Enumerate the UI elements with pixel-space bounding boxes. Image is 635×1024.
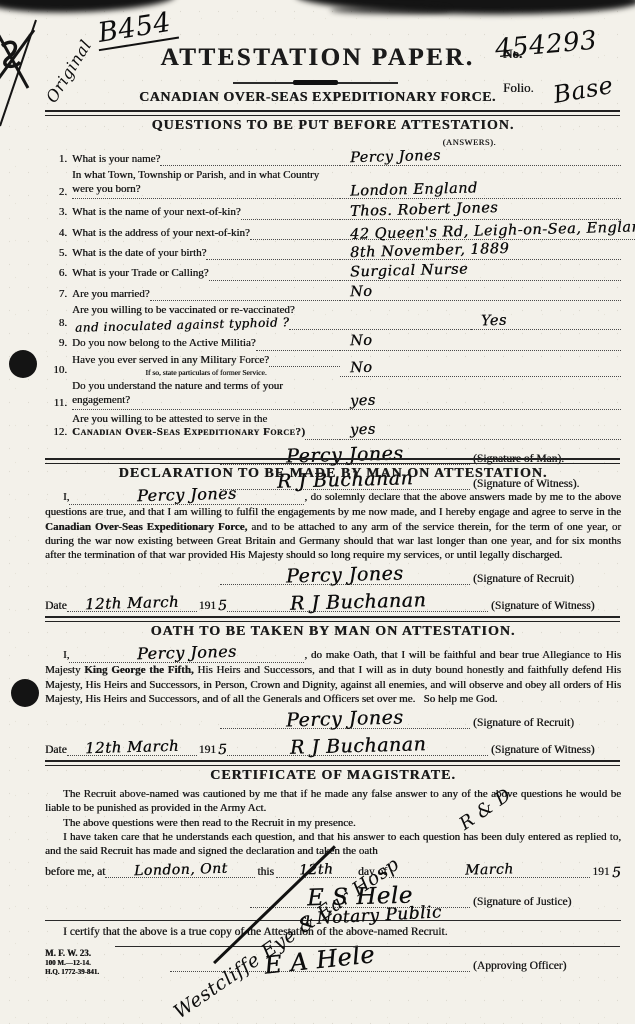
answer-cell: No (340, 333, 621, 350)
question-number: 4. (45, 227, 72, 240)
signature-of-witness-label: (Signature of Witness) (488, 744, 621, 756)
question-text: Are you willing to be attested to serve … (72, 413, 267, 426)
question-row: 5. What is the date of your birth? 8th N… (45, 243, 621, 260)
declaration-heading: DECLARATION TO BE MADE BY MAN ON ATTESTA… (45, 466, 621, 482)
handwritten-year-digit: 5 (611, 865, 621, 881)
question-number: 10. (45, 364, 72, 377)
year-printed: 191 (197, 744, 218, 756)
signature-of-justice-label: (Signature of Justice) (470, 896, 621, 908)
folio-label: Folio. (503, 80, 534, 96)
certificate-section: CERTIFICATE OF MAGISTRATE. The Recruit a… (45, 768, 621, 972)
year-printed: 191 (197, 600, 218, 612)
question-footnote: If so, state particulars of former Servi… (72, 368, 340, 377)
certificate-heading: CERTIFICATE OF MAGISTRATE. (45, 768, 621, 784)
question-text-smallcaps: Canadian Over-Seas Expeditionary Force?) (72, 426, 305, 439)
oath-date-row: Date 12th March 1915 R J Buchanan (Signa… (45, 735, 621, 756)
dotted-leader (250, 237, 340, 240)
handwritten-oath-name: Percy Jones (137, 642, 237, 665)
question-row: 10. Have you ever served in any Military… (45, 354, 621, 378)
dotted-leader (160, 163, 340, 166)
approving-officer-label: (Approving Officer) (470, 960, 621, 972)
signature-of-recruit-row: Percy Jones (Signature of Recruit) (45, 564, 621, 585)
date-label: Date (45, 600, 67, 612)
question-cell: What is your Trade or Calling? (72, 267, 340, 280)
declaration-body-bold: Canadian Over-Seas Expeditionary Force, (45, 521, 247, 533)
question-row: 11. Do you understand the nature and ter… (45, 380, 621, 410)
answer-cell: Surgical Nurse (340, 263, 621, 280)
handwritten-answer: Yes (481, 313, 507, 331)
question-cell: Are you willing to be vaccinated or re-v… (72, 304, 471, 330)
handwritten-answer: No (350, 284, 373, 302)
question-number: 3. (45, 206, 72, 219)
question-cell: Have you ever served in any Military For… (72, 354, 340, 378)
dotted-leader (241, 217, 340, 220)
answer-cell: London England (340, 182, 621, 199)
answers-label: (ANSWERS). (45, 137, 621, 147)
answer-cell: No (340, 360, 621, 377)
oath-paragraph: I,Percy Jones, do make Oath, that I will… (45, 643, 621, 706)
dotted-leader (209, 278, 340, 281)
section-rule (45, 760, 620, 766)
date-label: Date (45, 744, 67, 756)
place-fill-line: London, Ont (105, 862, 255, 878)
scan-smudge (330, 6, 450, 14)
question-text: Do you understand the nature and terms o… (72, 380, 340, 407)
answer-cell: Percy Jones (340, 149, 621, 166)
question-text: What is the address of your next-of-kin? (72, 227, 250, 240)
declaration-paragraph: I,Percy Jones, do solemnly declare that … (45, 485, 621, 562)
answer-cell: yes (340, 393, 621, 410)
section-rule (45, 458, 620, 464)
this-label: this (255, 866, 276, 878)
signature-of-recruit-label: (Signature of Recruit) (470, 573, 621, 585)
footer-rule (115, 946, 620, 947)
handwritten-answer: No (350, 333, 373, 351)
form-ref-line: 100 M.—12-14. (45, 959, 99, 968)
handwritten-answer: Percy Jones (350, 148, 441, 168)
question-cell: What is the date of your birth? (72, 247, 340, 260)
question-cell: Do you understand the nature and terms o… (72, 380, 340, 410)
question-number: 12. (45, 426, 72, 439)
witness-sig-line: R J Buchanan (227, 735, 488, 756)
handwritten-year-digit: 5 (218, 742, 228, 758)
answer-cell: Thos. Robert Jones (340, 202, 621, 219)
question-text: In what Town, Township or Parish, and in… (72, 169, 340, 196)
question-row: 2. In what Town, Township or Parish, and… (45, 169, 621, 199)
answer-cell: 8th November, 1889 (340, 243, 621, 260)
date-fill-line: 12th March (67, 738, 197, 756)
question-row: 6. What is your Trade or Calling? Surgic… (45, 263, 621, 280)
question-row: 4. What is the address of your next-of-k… (45, 223, 621, 240)
handwritten-date: 12th March (84, 737, 179, 757)
dotted-leader (256, 348, 340, 351)
question-row: 7. Are you married? No (45, 284, 621, 301)
name-fill-line: Percy Jones (69, 485, 304, 505)
question-cell: What is the address of your next-of-kin? (72, 227, 340, 240)
approving-officer-row: E A Hele (Approving Officer) (45, 946, 621, 972)
question-text: What is your Trade or Calling? (72, 267, 209, 280)
question-number: 7. (45, 288, 72, 301)
question-number: 1. (45, 153, 72, 166)
force-subtitle: CANADIAN OVER-SEAS EXPEDITIONARY FORCE. (0, 90, 635, 106)
dotted-leader (72, 196, 340, 199)
oath-body-bold: King George the Fifth, (84, 664, 193, 676)
declaration-section: DECLARATION TO BE MADE BY MAN ON ATTESTA… (45, 466, 621, 612)
question-number: 9. (45, 337, 72, 350)
handwritten-signature-recruit: Percy Jones (286, 707, 404, 732)
question-row: 3. What is the name of your next-of-kin?… (45, 202, 621, 219)
question-text: What is your name? (72, 153, 160, 166)
question-cell: In what Town, Township or Parish, and in… (72, 169, 340, 199)
answer-cell: No (340, 284, 621, 301)
question-row: 12. Are you willing to be attested to se… (45, 413, 621, 440)
signature-of-recruit-label: (Signature of Recruit) (470, 717, 621, 729)
questions-section: QUESTIONS TO BE PUT BEFORE ATTESTATION. … (45, 118, 621, 490)
form-reference-block: M. F. W. 23. 100 M.—12-14. H.Q. 1772-39-… (45, 948, 99, 977)
question-number: 8. (45, 317, 72, 330)
certificate-p1: The Recruit above-named was cautioned by… (45, 787, 621, 816)
form-ref-line: M. F. W. 23. (45, 948, 99, 959)
handwritten-answer: London England (350, 180, 478, 201)
before-me-row: before me, at London, Ont this 12th day … (45, 862, 621, 878)
handwritten-month: March (465, 862, 514, 879)
handwritten-answer: yes (350, 392, 376, 410)
dotted-leader (269, 364, 340, 367)
question-cell: Do you now belong to the Active Militia? (72, 337, 340, 350)
year-printed: 191 (590, 866, 611, 878)
signature-line: Percy Jones (220, 564, 470, 585)
before-me-label: before me, at (45, 866, 105, 878)
certificate-p2: The above questions were then read to th… (45, 816, 621, 830)
dotted-leader (150, 298, 340, 301)
question-cell: What is the name of your next-of-kin? (72, 206, 340, 219)
question-number: 11. (45, 397, 72, 410)
handwritten-answer: Surgical Nurse (350, 262, 469, 283)
dotted-leader (72, 407, 340, 410)
date-fill-line: 12th March (67, 594, 197, 612)
handwritten-signature-witness: R J Buchanan (289, 733, 426, 759)
question-cell: Are you married? (72, 288, 340, 301)
questions-heading: QUESTIONS TO BE PUT BEFORE ATTESTATION. (45, 118, 621, 134)
witness-sig-line: R J Buchanan (227, 591, 488, 612)
handwritten-answer: yes (350, 422, 376, 440)
answer-cell: 42 Queen's Rd, Leigh-on-Sea, England (340, 223, 635, 240)
signature-of-recruit-row: Percy Jones (Signature of Recruit) (45, 708, 621, 729)
answer-cell: Yes (471, 313, 621, 330)
punch-hole (9, 350, 37, 378)
oath-section: OATH TO BE TAKEN BY MAN ON ATTESTATION. … (45, 624, 621, 756)
handwritten-date: 12th March (84, 593, 179, 613)
section-rule (45, 616, 620, 622)
handwritten-declarant-name: Percy Jones (137, 484, 237, 507)
title-rule-center (293, 80, 338, 85)
handwritten-answer: 8th November, 1889 (350, 241, 510, 263)
question-text: What is the date of your birth? (72, 247, 206, 260)
question-number: 6. (45, 267, 72, 280)
question-text: Do you now belong to the Active Militia? (72, 337, 256, 350)
header-rule (45, 110, 620, 116)
question-number: 5. (45, 247, 72, 260)
form-ref-line: H.Q. 1772-39-841. (45, 968, 99, 977)
handwritten-question-insert: and inoculated against typhoid ? (75, 315, 290, 335)
handwritten-answer: Thos. Robert Jones (350, 200, 499, 222)
question-row: 8. Are you willing to be vaccinated or r… (45, 304, 621, 330)
handwritten-answer: No (350, 360, 373, 378)
handwritten-place: London, Ont (133, 861, 227, 879)
handwritten-signature-recruit: Percy Jones (286, 563, 404, 588)
question-text: Are you married? (72, 288, 150, 301)
question-row: 1. What is your name? Percy Jones (45, 149, 621, 166)
punch-hole (11, 679, 39, 707)
dotted-leader (305, 437, 340, 440)
declaration-date-row: Date 12th March 1915 R J Buchanan (Signa… (45, 591, 621, 612)
question-cell: Are you willing to be attested to serve … (72, 413, 340, 440)
handwritten-year-digit: 5 (218, 598, 228, 614)
question-text: Have you ever served in any Military For… (72, 354, 269, 367)
question-number: 2. (45, 186, 72, 199)
dotted-leader (289, 327, 471, 330)
question-cell: What is your name? (72, 153, 340, 166)
question-row: 9. Do you now belong to the Active Milit… (45, 333, 621, 350)
dotted-leader (206, 257, 340, 260)
handwritten-signature-witness: R J Buchanan (289, 590, 426, 616)
answer-cell: yes (340, 422, 621, 439)
signature-line: Percy Jones (220, 708, 470, 729)
name-fill-line: Percy Jones (69, 643, 304, 663)
attestation-paper-scan: B454 Original ATTESTATION PAPER. No. 454… (0, 0, 635, 1024)
questions-list: 1. What is your name? Percy Jones 2. In … (45, 149, 621, 440)
question-text: What is the name of your next-of-kin? (72, 206, 241, 219)
signature-of-witness-label: (Signature of Witness) (488, 600, 621, 612)
oath-heading: OATH TO BE TAKEN BY MAN ON ATTESTATION. (45, 624, 621, 640)
